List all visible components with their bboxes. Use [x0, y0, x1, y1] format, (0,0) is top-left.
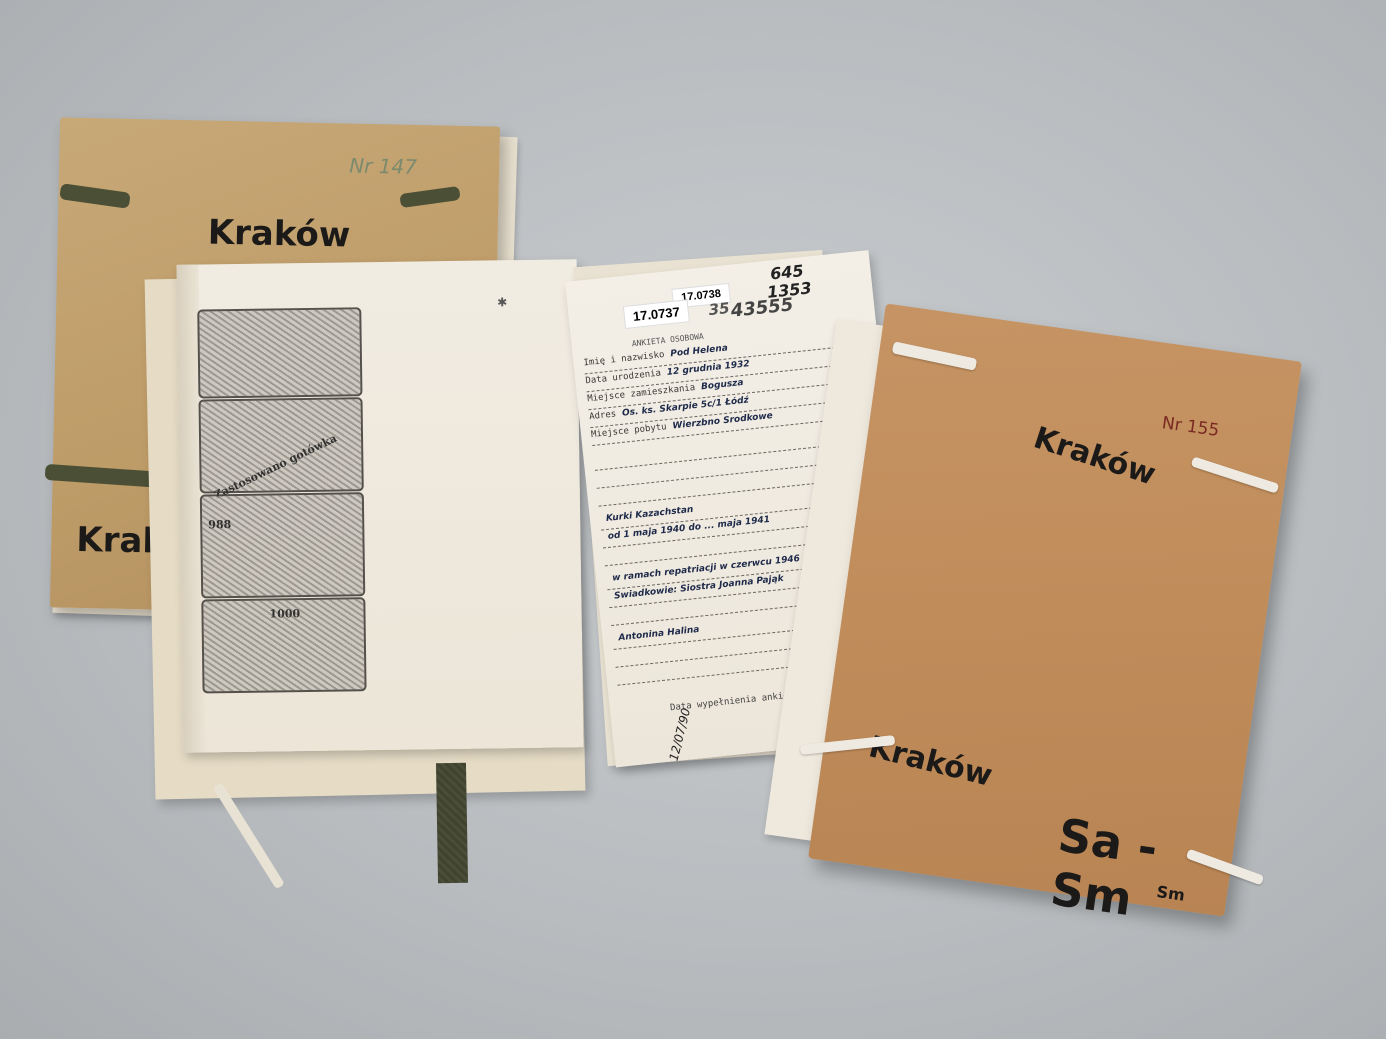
right-folder-sub-label: Sm: [1156, 882, 1187, 905]
stamp-card: 1000: [201, 597, 366, 693]
left-folder-title: Kraków: [207, 213, 350, 256]
corner-date: 12/07/90: [667, 707, 694, 763]
form-number: 35: [708, 299, 731, 319]
archive-label-primary: 17.0737: [623, 299, 690, 329]
stamp-card: 988: [200, 492, 365, 598]
right-folder: Nr 155 Kraków Kraków Sa - Sm Sm: [808, 303, 1302, 916]
left-folder-number: Nr 147: [349, 154, 417, 179]
photocopy-page: Zastosowano gotówka 988 1000 ✱: [177, 259, 584, 753]
page-mark: ✱: [497, 295, 507, 309]
stamp-card: [197, 307, 362, 398]
right-folder-number: Nr 155: [1161, 413, 1221, 441]
right-folder-title: Kraków: [1029, 420, 1159, 492]
form-header: ANKIETA OSOBOWA: [631, 332, 704, 349]
right-folder-range-label: Sa - Sm: [1047, 808, 1235, 939]
green-fabric-tie: [436, 763, 468, 884]
loose-white-ribbon: [213, 782, 285, 889]
stamp-card: Zastosowano gotówka: [198, 397, 363, 493]
stamp-text: 1000: [263, 604, 363, 622]
form-number: 43555: [730, 294, 794, 321]
stamp-text: 988: [202, 514, 362, 533]
